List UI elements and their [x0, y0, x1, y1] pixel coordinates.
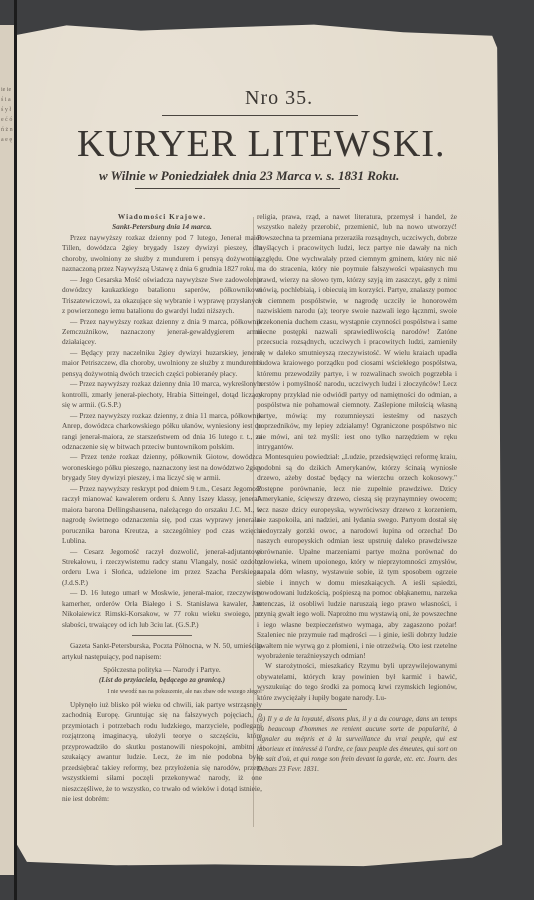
right-column: religia, prawa, rząd, a nawet literatura…: [257, 212, 457, 774]
masthead-rule-bottom: [135, 188, 340, 189]
footnote-rule: [257, 709, 347, 710]
news-item: — Cesarz Jegomość raczył dozwolić, jener…: [62, 547, 262, 589]
article-subheading: (List do przyiaciela, będącego za granic…: [62, 675, 262, 685]
dateline: w Wilnie w Poniedziałek dnia 23 Marca v.…: [99, 168, 399, 184]
newspaper-page: Nro 35. KURYER LITEWSKI. w Wilnie w Poni…: [17, 22, 512, 879]
issue-number: Nro 35.: [245, 87, 313, 110]
masthead-rule-top: [162, 115, 358, 116]
previous-page-text: ie ie ś i a ś y ł e ć ó ń ż n a e ę: [1, 85, 13, 865]
previous-page-strip: ie ie ś i a ś y ł e ć ó ń ż n a e ę: [0, 25, 14, 875]
footnote: (a) Il y a de la loyauté, disons plus, i…: [257, 714, 457, 774]
section-heading: Wiadomości Krajowe.: [62, 212, 262, 222]
news-item: — D. 16 lutego umarł w Moskwie, jenerał-…: [62, 588, 262, 630]
newspaper-title: KURYER LITEWSKI.: [77, 122, 446, 166]
article-paragraph: Montesquieu powiedział: „Ludzie, przedsi…: [257, 452, 457, 661]
footnote-text: (a) Il y a de la loyauté, disons plus, i…: [257, 714, 457, 774]
binding-edge: [14, 0, 17, 900]
article-heading: Spółczesna polityka — Narody i Partye.: [62, 665, 262, 675]
left-column: Wiadomości Krajowe. Sankt-Petersburg dni…: [62, 212, 262, 804]
article-paragraph: religia, prawa, rząd, a nawet literatura…: [257, 212, 457, 452]
news-item: — Przez naywyższy reskrypt pod dniem 9 t…: [62, 484, 262, 547]
news-item: — Przez naywyższy rozkaz dzienny, z dnia…: [62, 411, 262, 453]
news-item: — Będący przy naczelniku 2giey dywizyi h…: [62, 348, 262, 379]
news-item: — Przez naywyższy rozkaz dzienny z dnia …: [62, 317, 262, 348]
place-date: Sankt-Petersburg dnia 14 marca.: [62, 222, 262, 232]
news-item: — Przez tenże rozkaz dzienny, półkownik …: [62, 452, 262, 483]
article-paragraph: W starożytności, mieszkańcy Rzymu byli u…: [257, 661, 457, 703]
article-motto: I nie wwodź nas na pokuszenie, ale nas z…: [62, 688, 262, 696]
news-item: Przez naywyższy rozkaz dzienny pod 7 lut…: [62, 233, 262, 275]
news-item: — Jego Cesarska Mość oświadcza naywyższe…: [62, 275, 262, 317]
article-paragraph: Upłynęło iuż blisko pół wieku od chwili,…: [62, 700, 262, 805]
news-item: — Przez naywyższy rozkaz dzienny dnia 10…: [62, 379, 262, 410]
press-note: Gazeta Sankt-Petersburska, Poczta Północ…: [62, 641, 262, 662]
section-rule: [132, 635, 192, 636]
